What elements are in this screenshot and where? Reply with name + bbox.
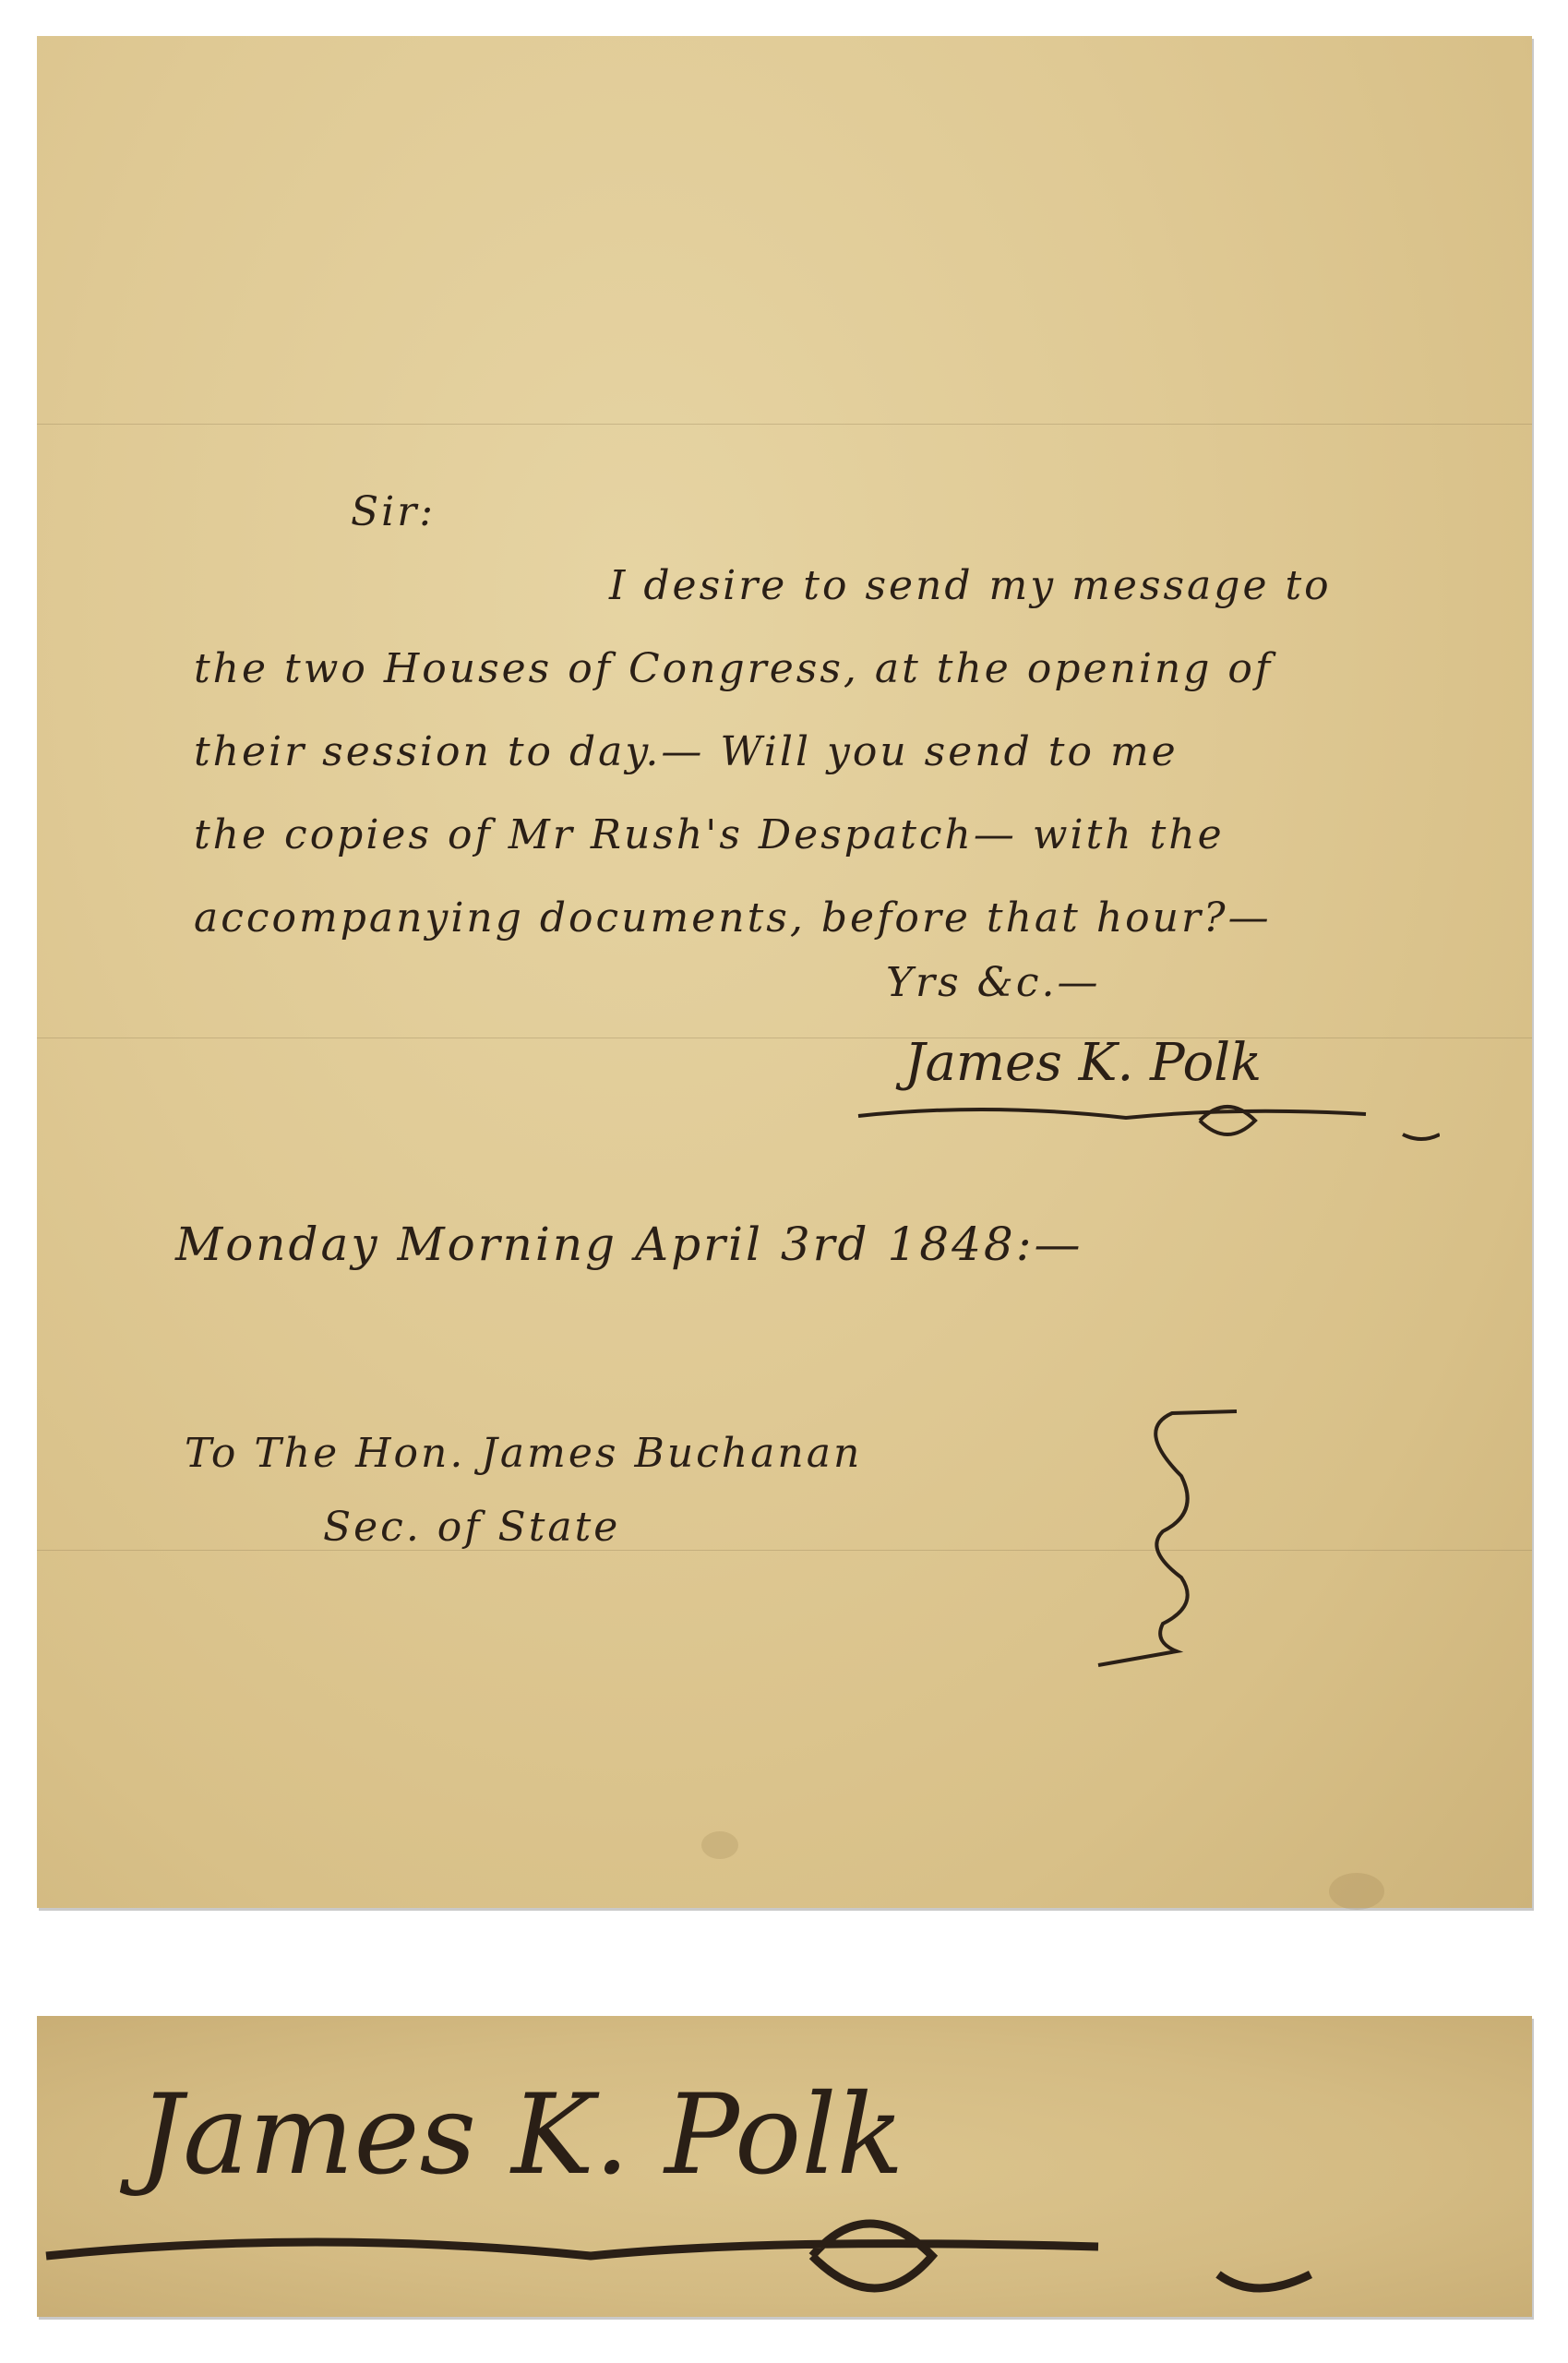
dateline: Monday Morning April 3rd 1848:— xyxy=(175,1217,1083,1271)
body-line-2: the two Houses of Congress, at the openi… xyxy=(194,645,1273,692)
addressee-line-2: Sec. of State xyxy=(323,1504,620,1551)
body-line-1: I desire to send my message to xyxy=(609,562,1332,609)
brace-flourish xyxy=(1061,1402,1264,1679)
fold-line xyxy=(37,1550,1532,1551)
fold-line xyxy=(37,1038,1532,1038)
signature-flourish-enlarged xyxy=(37,2201,1532,2311)
signature-enlarged: James K. Polk xyxy=(138,2071,904,2200)
stain xyxy=(701,1831,738,1859)
fold-line xyxy=(37,424,1532,425)
signature-flourish xyxy=(849,1098,1440,1162)
stain xyxy=(1329,1873,1384,1910)
body-line-4: the copies of Mr Rush's Despatch— with t… xyxy=(194,811,1225,858)
signature: James K. Polk xyxy=(904,1033,1262,1093)
signature-detail-crop: James K. Polk xyxy=(37,2016,1532,2317)
addressee-line-1: To The Hon. James Buchanan xyxy=(185,1430,862,1477)
letter-page: Sir: I desire to send my message to the … xyxy=(37,36,1532,1908)
body-line-3: their session to day.— Will you send to … xyxy=(194,728,1179,775)
salutation: Sir: xyxy=(351,488,436,535)
body-line-5: accompanying documents, before that hour… xyxy=(194,894,1272,942)
closing: Yrs &c.— xyxy=(886,959,1100,1006)
